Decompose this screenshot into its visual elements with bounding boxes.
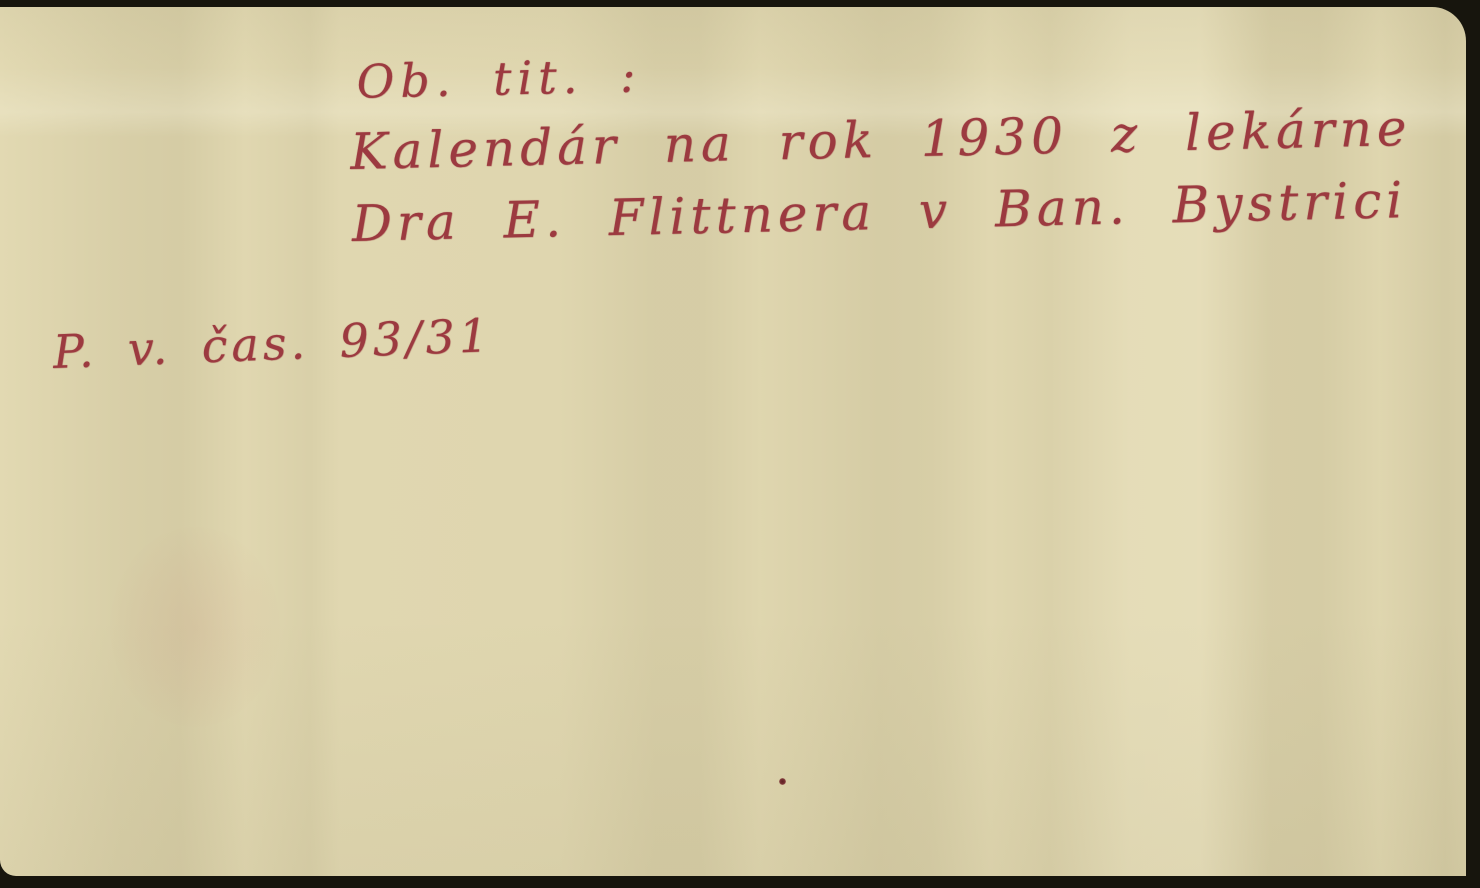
handwriting-block: Ob. tit. : Kalendár na rok 1930 z lekárn… bbox=[348, 31, 1414, 253]
scanner-background: Ob. tit. : Kalendár na rok 1930 z lekárn… bbox=[0, 0, 1480, 888]
catalog-card: Ob. tit. : Kalendár na rok 1930 z lekárn… bbox=[0, 7, 1466, 876]
paper-stain bbox=[110, 527, 280, 727]
title-line-2: Dra E. Flittnera v Ban. Bystrici bbox=[351, 171, 1413, 253]
ink-speck bbox=[779, 778, 786, 785]
reference-note-line: P. v. čas. 93/31 bbox=[52, 308, 493, 379]
title-line-1: Kalendár na rok 1930 z lekárne bbox=[350, 99, 1412, 181]
heading-line: Ob. tit. : bbox=[356, 31, 1410, 109]
